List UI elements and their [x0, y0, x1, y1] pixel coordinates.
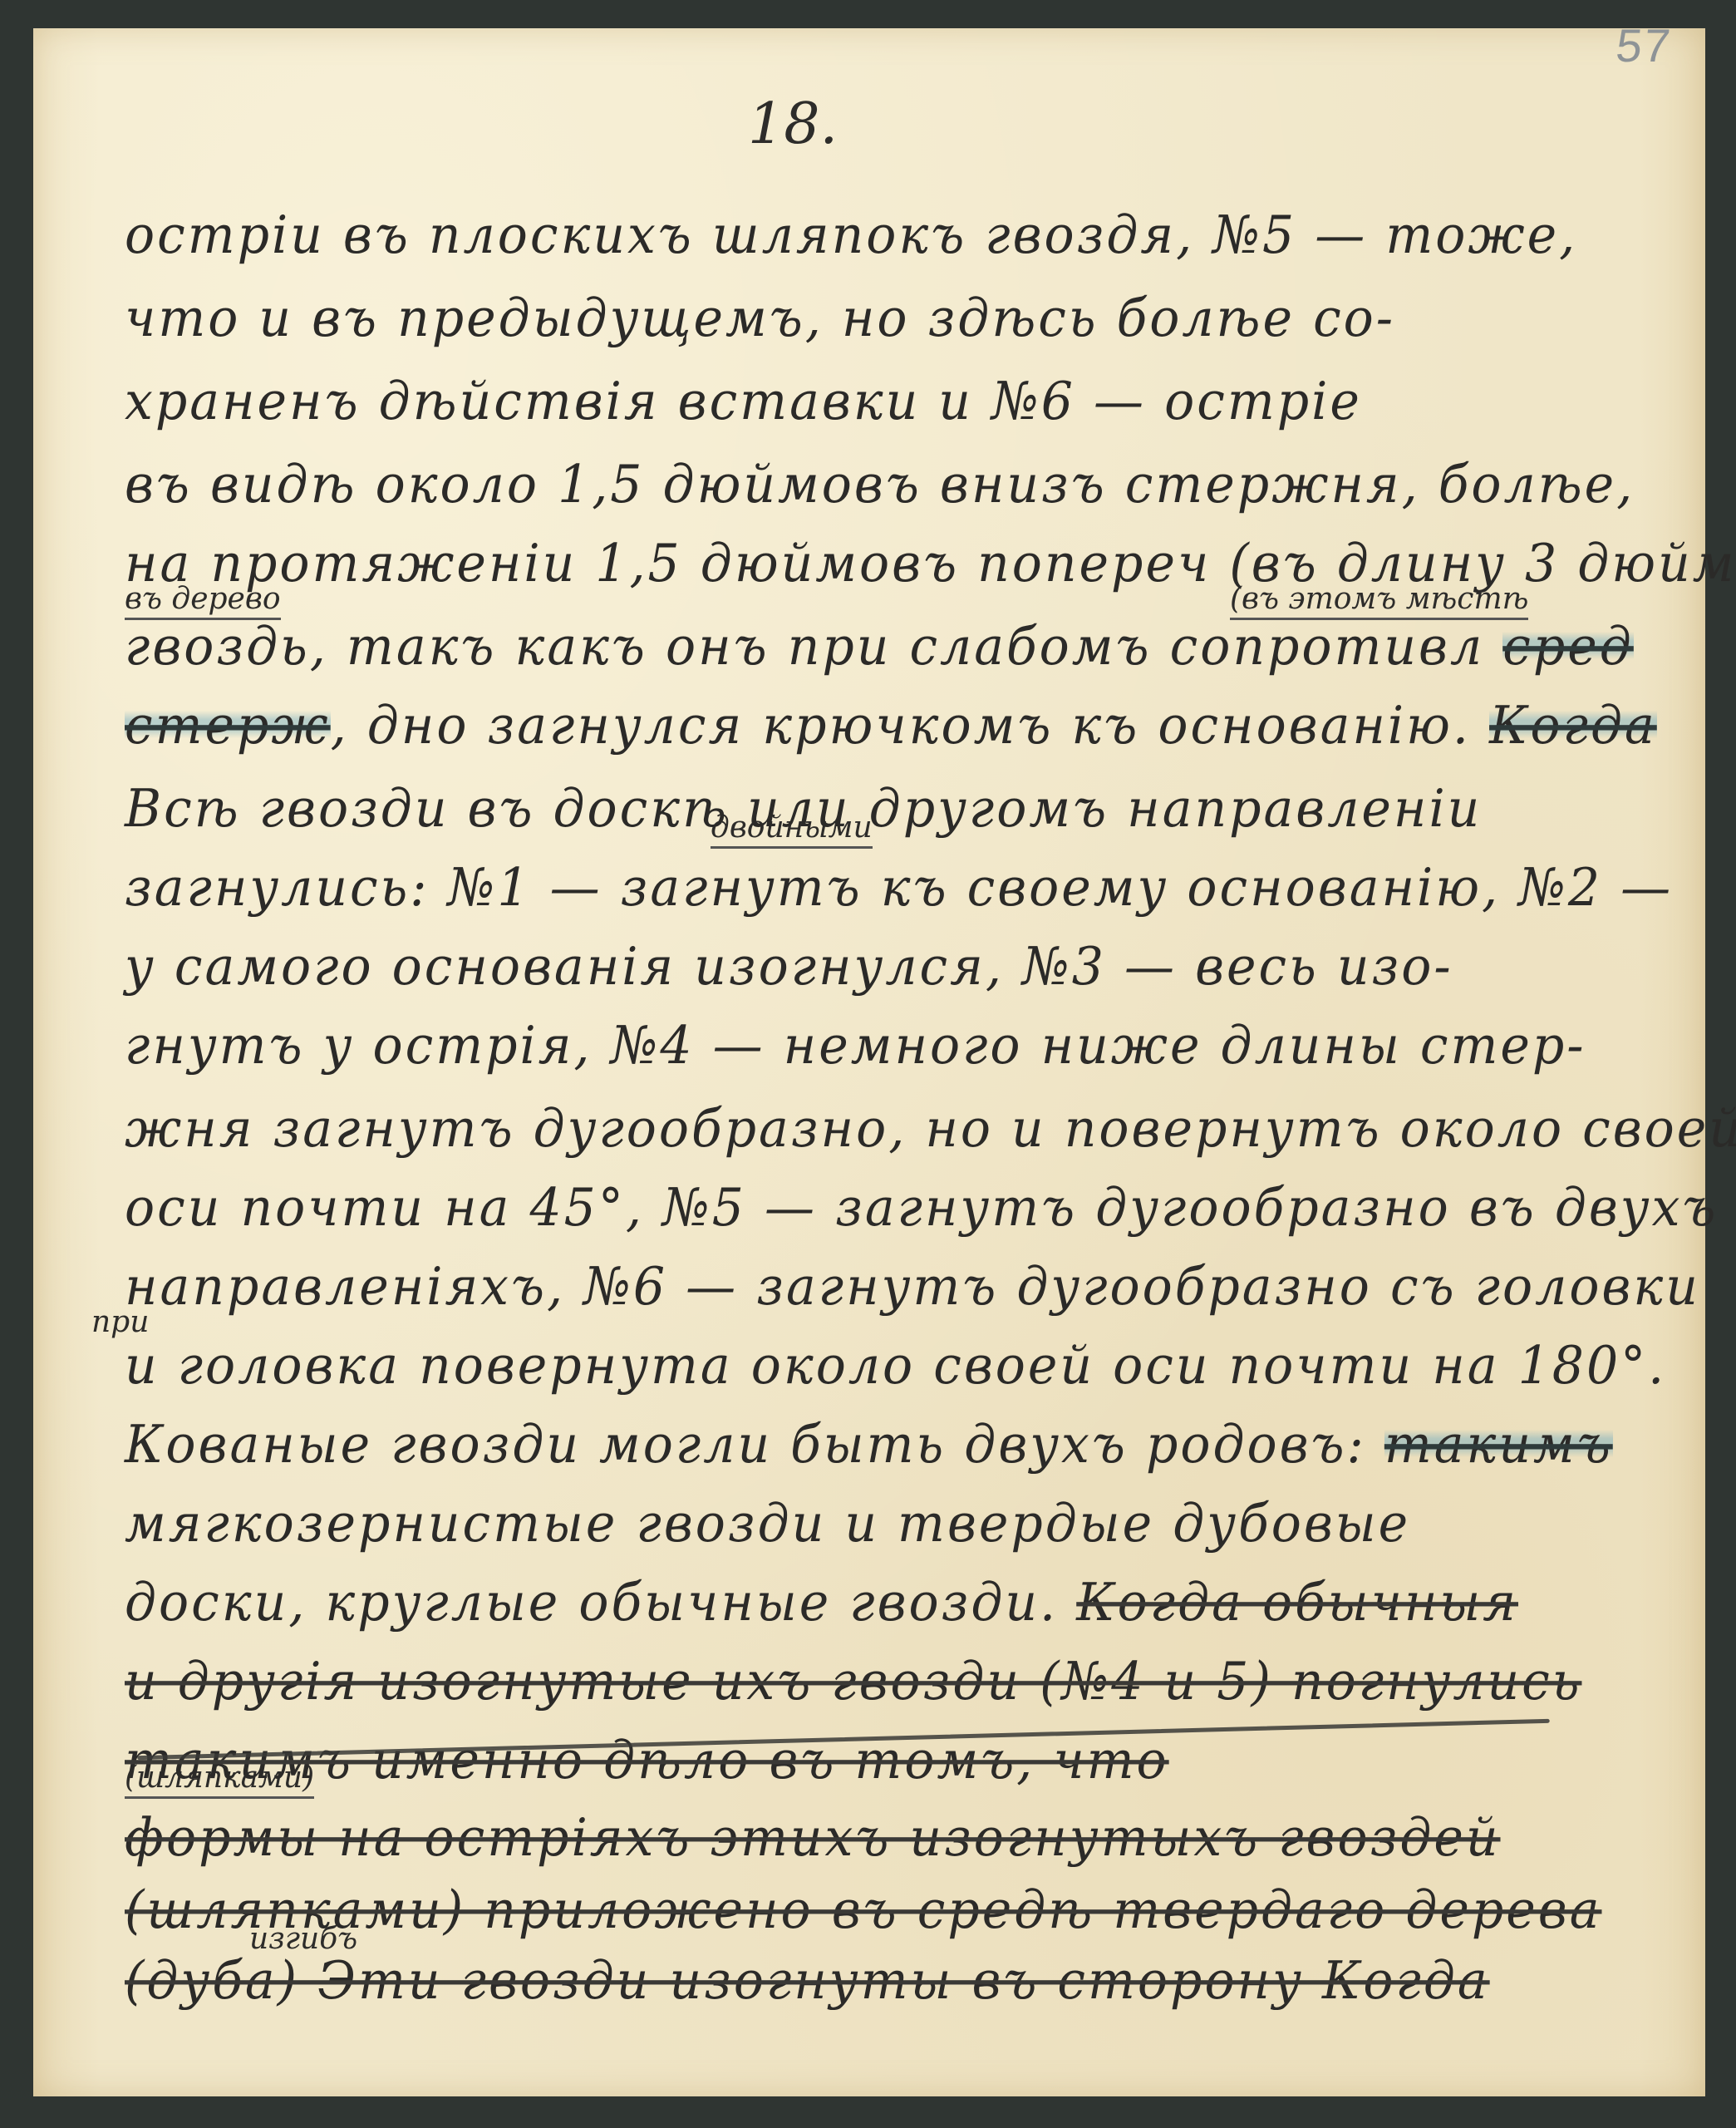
struck-word: такимъ — [1384, 1415, 1613, 1476]
manuscript-line: остріи въ плоскихъ шляпокъ гвоздя, №5 — … — [125, 205, 1704, 267]
struck-phrase: Когда обычныя — [1076, 1573, 1518, 1634]
manuscript-line: Кованые гвозди могли быть двухъ родовъ: … — [125, 1415, 1704, 1476]
page-number: 18. — [748, 91, 838, 157]
manuscript-line: у самого основанія изогнулся, №3 — весь … — [125, 937, 1704, 998]
manuscript-line: оси почти на 45°, №5 — загнутъ дугообраз… — [125, 1178, 1704, 1239]
manuscript-line: храненъ дѣйствія вставки и №6 — остріе — [125, 372, 1704, 433]
manuscript-line-struck: (шляпками) приложено въ средѣ твердаго д… — [125, 1880, 1704, 1942]
manuscript-line: направленіяхъ, №6 — загнутъ дугообразно … — [125, 1257, 1704, 1318]
manuscript-line: на протяженіи 1,5 дюймовъ попереч (въ дл… — [125, 534, 1704, 595]
manuscript-line: загнулись: №1 — загнутъ къ своему основа… — [125, 858, 1704, 919]
manuscript-line: Всѣ гвозди въ доскѣ или другомъ направле… — [125, 779, 1704, 840]
manuscript-line: доски, круглые обычные гвозди. Когда обы… — [125, 1573, 1704, 1634]
manuscript-line: стерж, дно загнулся крючкомъ къ основані… — [125, 696, 1704, 757]
manuscript-line-struck: формы на остріяхъ этихъ изогнутыхъ гвозд… — [125, 1808, 1704, 1869]
manuscript-line: и головка повернута около своей оси почт… — [125, 1336, 1704, 1397]
manuscript-line: жня загнутъ дугообразно, но и повернутъ … — [125, 1099, 1704, 1160]
manuscript-line: мягкозернистые гвозди и твердые дубовые — [125, 1494, 1704, 1555]
manuscript-line-struck: (дуба) Эти гвозди изогнуты въ сторону Ко… — [125, 1951, 1704, 2012]
struck-word: стерж — [125, 696, 331, 757]
manuscript-line: гвоздь, такъ какъ онъ при слабомъ сопрот… — [125, 617, 1704, 678]
manuscript-line-struck: и другія изогнутые ихъ гвозди (№4 и 5) п… — [125, 1652, 1704, 1713]
struck-word: Когда — [1489, 696, 1657, 757]
manuscript-line: въ видѣ около 1,5 дюймовъ внизъ стержня,… — [125, 455, 1704, 516]
struck-word: сред — [1502, 617, 1634, 678]
manuscript-line: что и въ предыдущемъ, но здѣсь болѣе со- — [125, 288, 1704, 350]
archive-folio-number: 57 — [1614, 18, 1675, 72]
manuscript-line: гнутъ у острія, №4 — немного ниже длины … — [125, 1016, 1704, 1077]
